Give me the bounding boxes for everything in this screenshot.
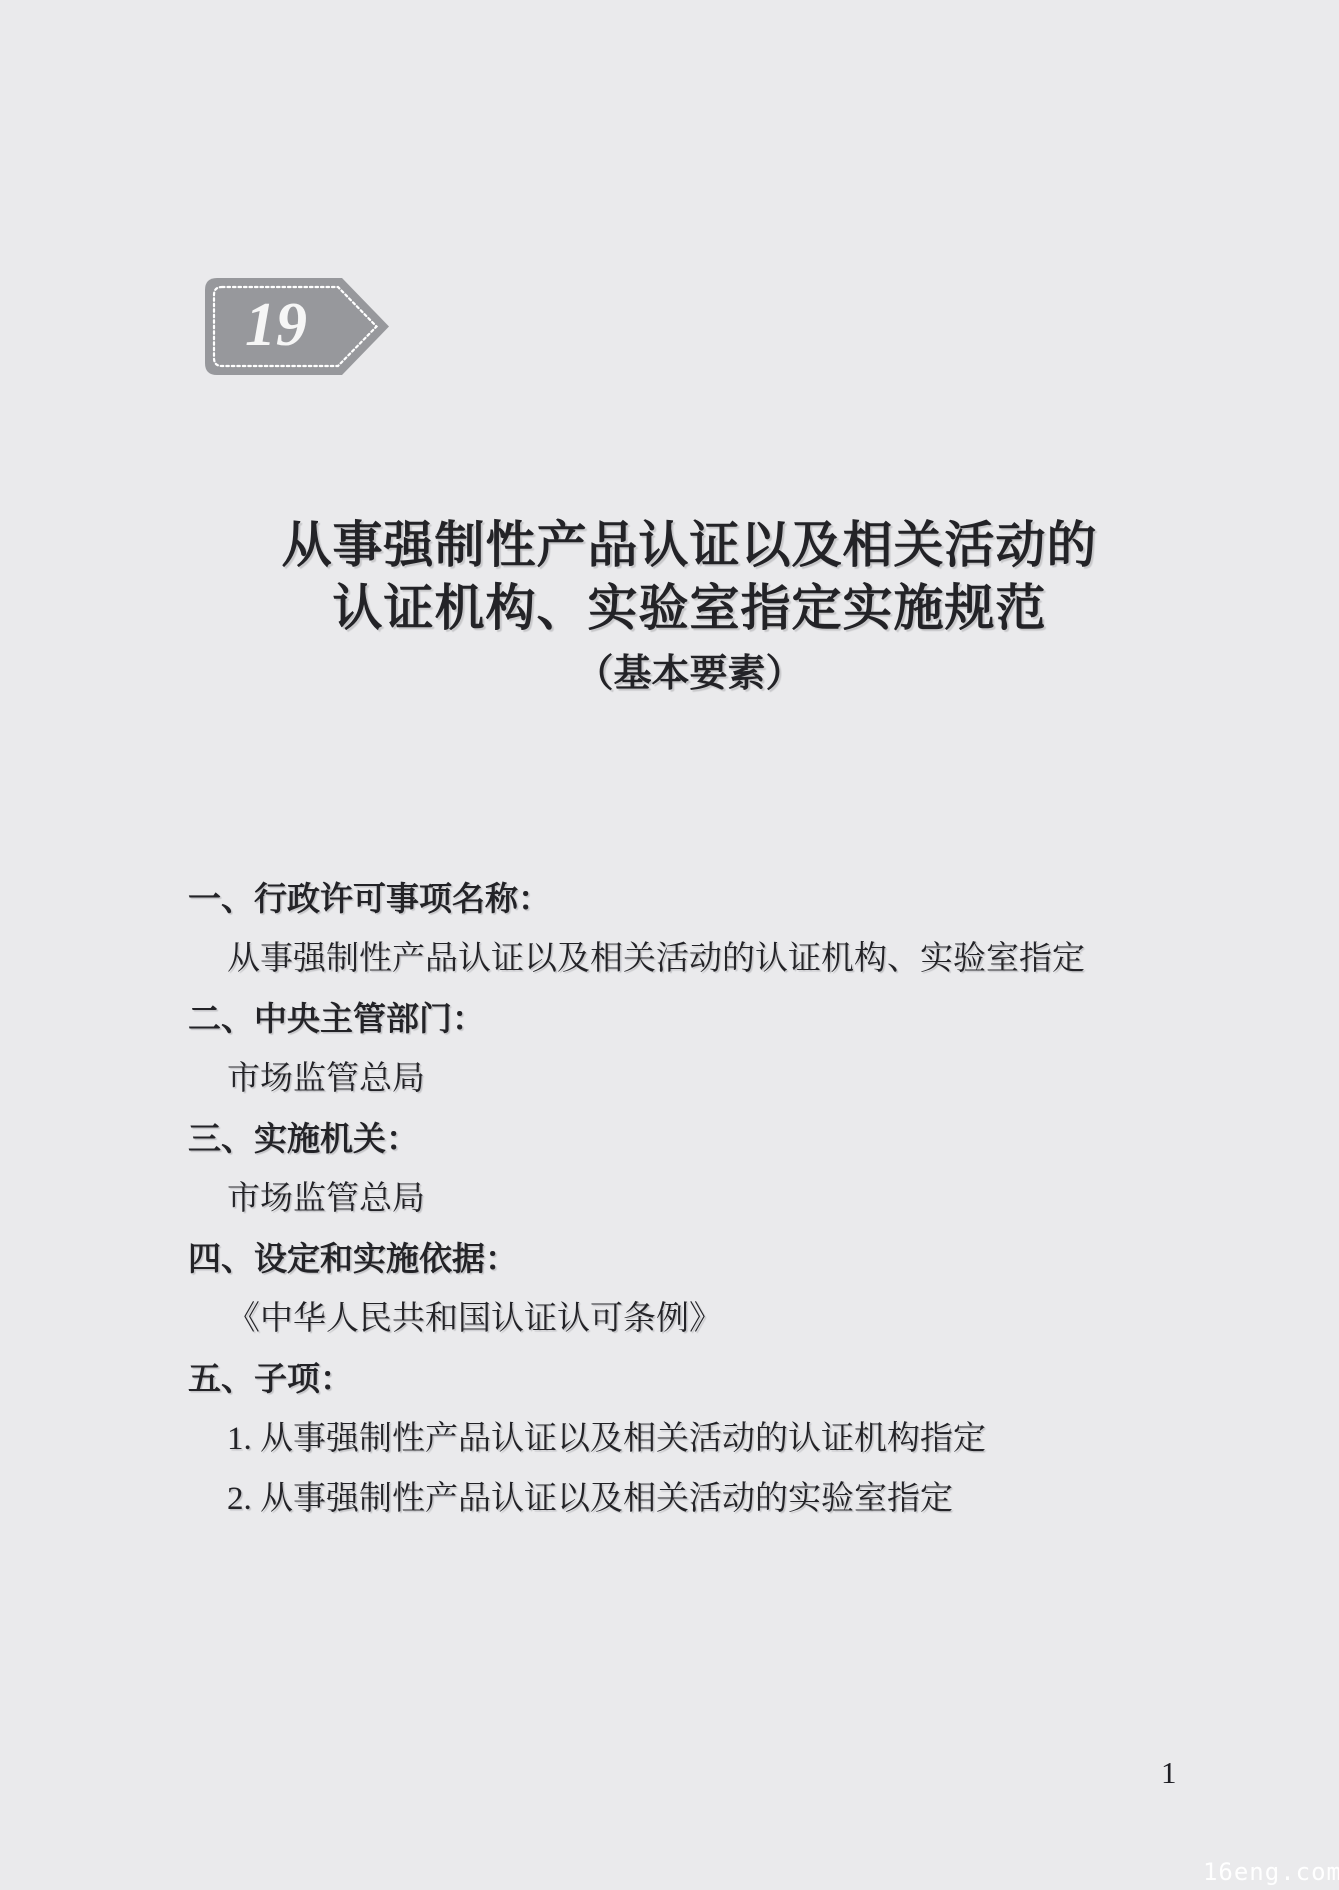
chapter-number: 19 xyxy=(245,291,307,359)
title-line-3: （基本要素） xyxy=(40,648,1339,700)
section-2-heading: 二、中央主管部门： xyxy=(0,989,1339,1049)
title-line-1: 从事强制性产品认证以及相关活动的 xyxy=(40,514,1339,577)
section-1-line: 从事强制性产品认证以及相关活动的认证机构、实验室指定 xyxy=(0,929,1339,989)
section-3-line: 市场监管总局 xyxy=(0,1169,1339,1229)
title-line-2: 认证机构、实验室指定实施规范 xyxy=(40,577,1339,640)
section-1-heading: 一、行政许可事项名称： xyxy=(0,869,1339,929)
section-list: 一、行政许可事项名称： 从事强制性产品认证以及相关活动的认证机构、实验室指定 二… xyxy=(0,869,1339,1529)
document-page: 19 从事强制性产品认证以及相关活动的 认证机构、实验室指定实施规范 （基本要素… xyxy=(0,0,1339,1890)
page-number: 1 xyxy=(1161,1755,1177,1791)
section-5-heading: 五、子项： xyxy=(0,1349,1339,1409)
section-5-subitem-1: 1. 从事强制性产品认证以及相关活动的认证机构指定 xyxy=(0,1409,1339,1469)
chapter-badge: 19 xyxy=(203,278,390,375)
arrow-badge-icon: 19 xyxy=(203,278,390,375)
section-4-heading: 四、设定和实施依据： xyxy=(0,1229,1339,1289)
document-title: 从事强制性产品认证以及相关活动的 认证机构、实验室指定实施规范 （基本要素） xyxy=(40,514,1339,700)
watermark: 16eng.com xyxy=(1203,1858,1339,1886)
section-3-heading: 三、实施机关： xyxy=(0,1109,1339,1169)
section-4-line: 《中华人民共和国认证认可条例》 xyxy=(0,1289,1339,1349)
section-2-line: 市场监管总局 xyxy=(0,1049,1339,1109)
section-5-subitem-2: 2. 从事强制性产品认证以及相关活动的实验室指定 xyxy=(0,1469,1339,1529)
